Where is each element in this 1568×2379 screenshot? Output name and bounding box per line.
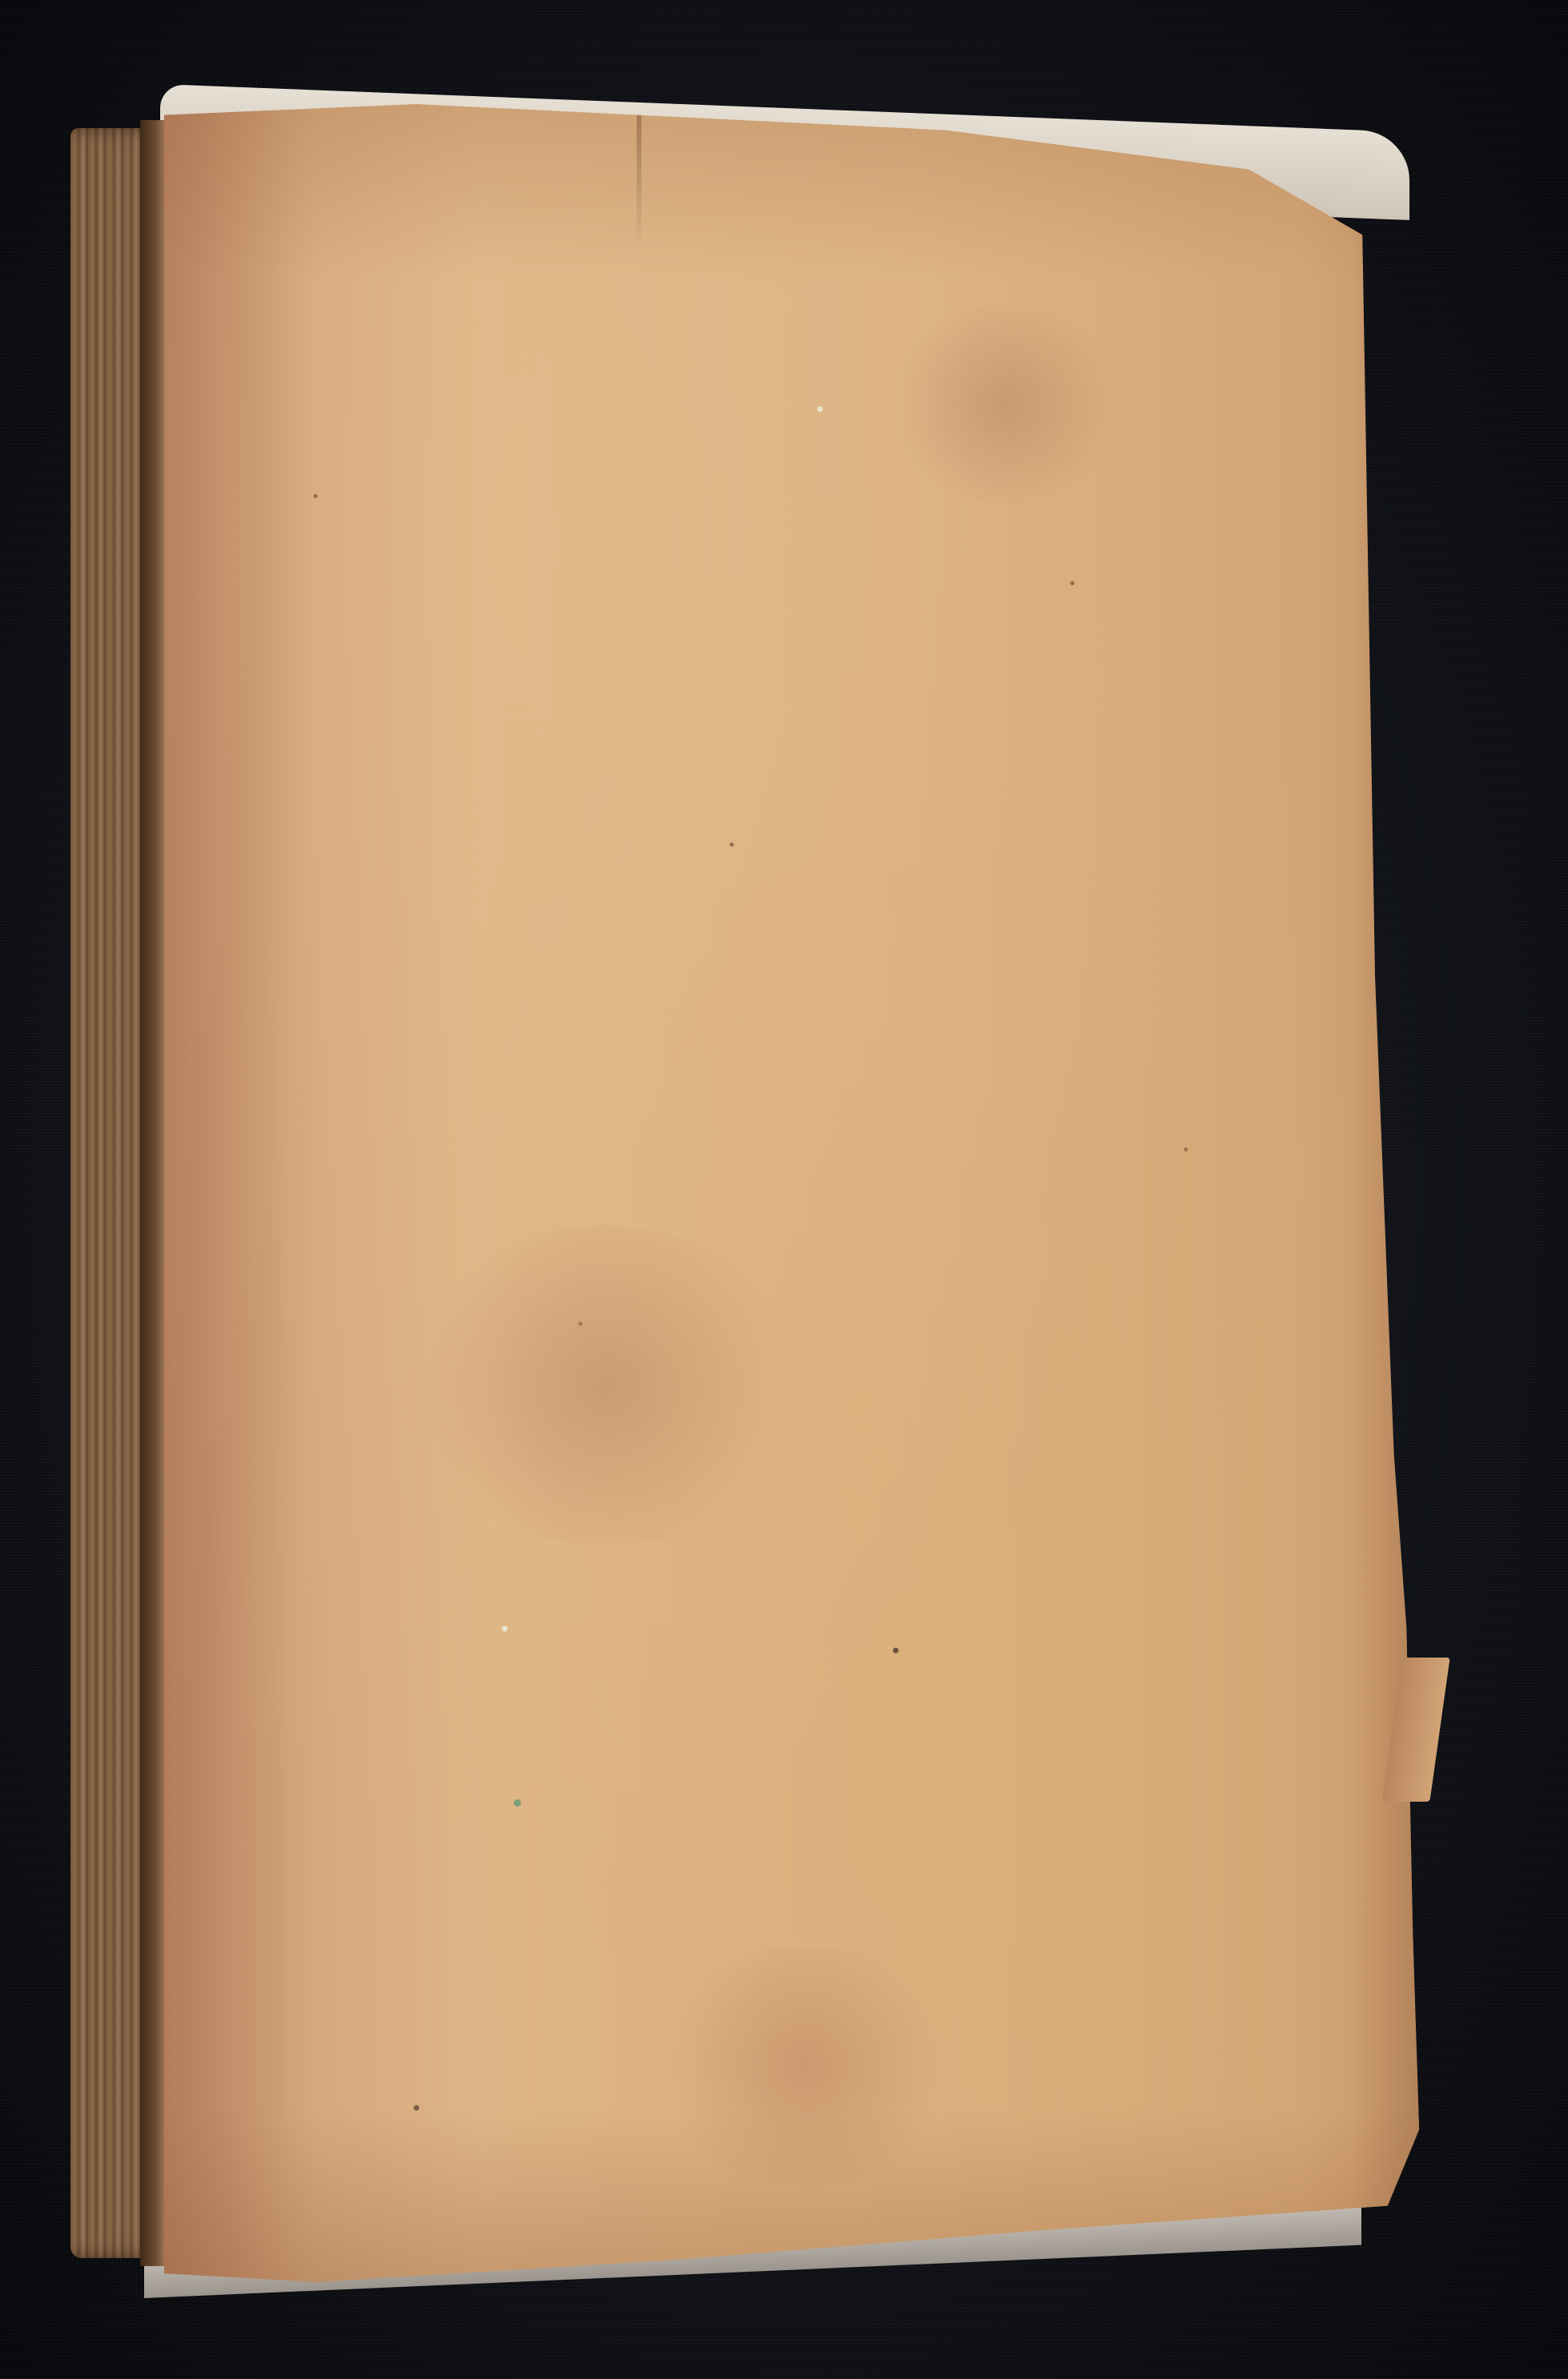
cover-tear-crease [637,104,641,248]
photo-scene [0,0,1568,2379]
cover-stain [645,1946,965,2186]
cover-stain [885,304,1125,504]
cover-stain [404,1225,805,1545]
book-cover [164,104,1425,2282]
book-spine-shadow [140,120,166,2266]
